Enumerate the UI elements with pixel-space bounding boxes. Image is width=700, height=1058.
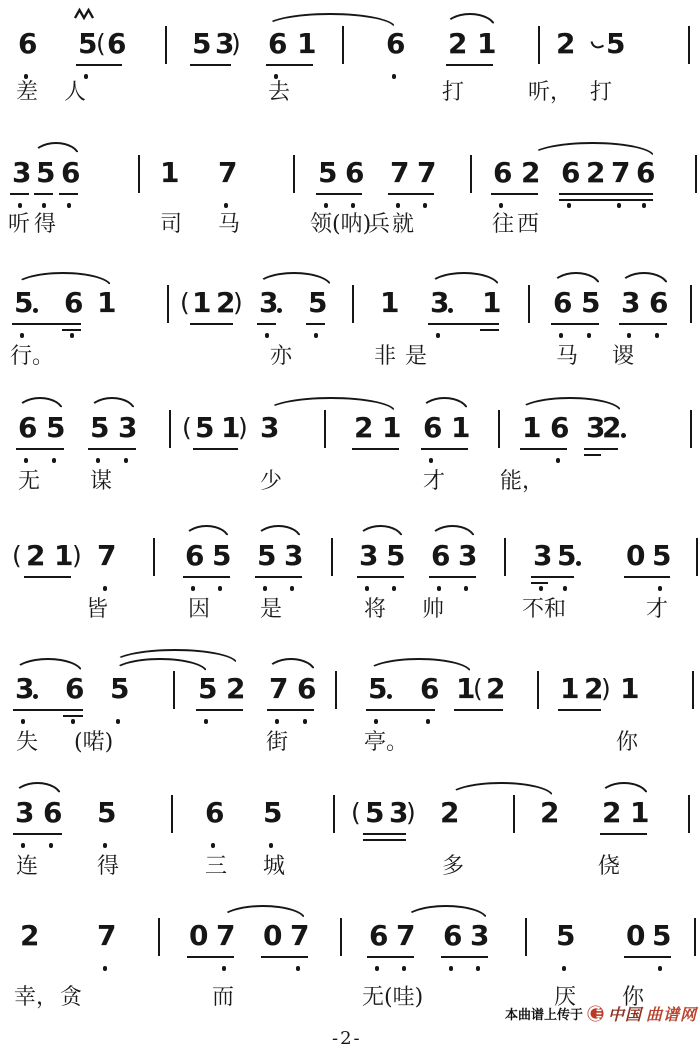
page-number: -2- [332, 1028, 362, 1049]
low-octave-dot [567, 203, 572, 208]
lyric-syllable: 不和 [522, 597, 566, 623]
lyric-syllable: 西 [517, 212, 539, 238]
note-digit: 7 [97, 541, 115, 571]
lyric-syllable: 亭。 [364, 730, 408, 756]
note-digit: 6 [561, 158, 579, 188]
low-octave-dot [116, 719, 121, 724]
note-digit: 3 [15, 798, 33, 828]
barline [153, 538, 155, 576]
lyric-syllable: 才 [423, 469, 445, 495]
lyric-syllable: 因 [188, 597, 210, 623]
beam-underline [24, 576, 71, 578]
note-digit: 6 [649, 288, 667, 318]
note-digit: 3 [259, 288, 277, 318]
note-digit: 5 [110, 674, 128, 704]
note-digit: 6 [431, 541, 449, 571]
barline [692, 671, 694, 709]
barline [513, 795, 515, 833]
low-octave-dot [218, 586, 223, 591]
note-digit: 2 [602, 413, 620, 443]
parenthesis: ) [72, 542, 82, 570]
note-digit: 1 [382, 413, 400, 443]
barline [695, 155, 697, 193]
low-octave-dot [103, 843, 108, 848]
low-octave-dot [103, 966, 108, 971]
low-octave-dot [263, 586, 268, 591]
beam-underline [363, 833, 406, 835]
low-octave-dot [71, 719, 76, 724]
note-digit: 2 [448, 29, 466, 59]
barline [331, 538, 333, 576]
note-digit: 7 [269, 674, 287, 704]
beam-underline [196, 709, 243, 711]
beam-underline [531, 582, 548, 584]
note-digit: 5 [263, 798, 281, 828]
low-octave-dot [476, 966, 481, 971]
note-digit: 7 [611, 158, 629, 188]
note-digit: 6 [345, 158, 363, 188]
note-digit: 5 [365, 798, 383, 828]
low-octave-dot [224, 203, 229, 208]
low-octave-dot [70, 333, 75, 338]
low-octave-dot [49, 843, 54, 848]
barline [537, 671, 539, 709]
note-digit: 2 [586, 158, 604, 188]
note-digit: 1 [560, 674, 578, 704]
slur-arc [357, 525, 404, 540]
low-octave-dot [464, 586, 469, 591]
beam-underline [428, 323, 499, 325]
site-name-part2: 曲谱网 [646, 1002, 697, 1025]
low-octave-dot [402, 966, 407, 971]
note-digit: 5 [14, 288, 32, 318]
note-digit: 2 [556, 29, 574, 59]
barline [688, 795, 690, 833]
augmentation-dot [33, 308, 38, 313]
parenthesis: ( [12, 542, 22, 570]
note-digit: 5 [652, 541, 670, 571]
note-digit: 0 [263, 921, 281, 951]
beam-underline [187, 956, 234, 958]
low-octave-dot [655, 333, 660, 338]
note-digit: 3 [15, 674, 33, 704]
barline [690, 410, 692, 448]
low-octave-dot [222, 966, 227, 971]
beam-underline [600, 833, 647, 835]
beam-underline [454, 709, 503, 711]
barline [167, 285, 169, 323]
note-digit: 1 [477, 29, 495, 59]
beam-underline [624, 956, 671, 958]
low-octave-dot [269, 843, 274, 848]
augmentation-dot [33, 694, 38, 699]
note-digit: 2 [216, 288, 234, 318]
slur-arc [183, 525, 230, 540]
note-digit: 6 [61, 158, 79, 188]
note-digit: 7 [218, 158, 236, 188]
note-digit: 1 [456, 674, 474, 704]
slur-arc [444, 13, 496, 28]
music-system-2: 356175677626276听得司马领(呐)兵就往西 [0, 132, 700, 252]
lyric-syllable: 你 [616, 730, 638, 756]
note-digit: 0 [189, 921, 207, 951]
music-system-7: 36565(53)2221连得三城多侥 [0, 772, 700, 892]
low-octave-dot [396, 203, 401, 208]
lyric-syllable: 打 [442, 80, 464, 106]
beam-underline [62, 329, 81, 331]
slur-arc [32, 142, 80, 157]
lyric-syllable: 三 [205, 854, 227, 880]
low-octave-dot [392, 586, 397, 591]
slur-arc [428, 272, 500, 287]
note-digit: 6 [423, 413, 441, 443]
lyric-syllable: 非 [374, 344, 396, 370]
low-octave-dot [658, 586, 663, 591]
note-digit: 3 [389, 798, 407, 828]
note-digit: 3 [284, 541, 302, 571]
barline [504, 538, 506, 576]
note-digit: 2 [602, 798, 620, 828]
low-octave-dot [375, 966, 380, 971]
note-digit: 1 [221, 413, 239, 443]
beam-underline [12, 323, 81, 325]
low-octave-dot [96, 458, 101, 463]
beam-underline [388, 193, 434, 195]
lyric-syllable: 马 [556, 344, 578, 370]
note-digit: 1 [630, 798, 648, 828]
beam-underline [352, 448, 399, 450]
note-digit: 6 [185, 541, 203, 571]
barline [470, 155, 472, 193]
note-digit: 0 [626, 921, 644, 951]
lyric-syllable: 谡 [612, 344, 634, 370]
lyric-syllable: 多 [442, 854, 464, 880]
slur-arc [551, 272, 601, 287]
note-digit: 6 [43, 798, 61, 828]
low-octave-dot [84, 74, 89, 79]
parenthesis: ( [351, 799, 361, 827]
beam-underline [13, 833, 62, 835]
beam-underline [34, 193, 53, 195]
beam-underline [429, 576, 476, 578]
note-digit: 3 [359, 541, 377, 571]
note-digit: 7 [97, 921, 115, 951]
note-digit: 6 [636, 158, 654, 188]
note-digit: 1 [97, 288, 115, 318]
slur-arc [255, 525, 302, 540]
lyric-syllable: 无 [18, 469, 40, 495]
beam-underline [584, 448, 601, 450]
low-octave-dot [392, 74, 397, 79]
lyric-syllable: (喏) [74, 730, 113, 756]
low-octave-dot [658, 966, 663, 971]
lyric-syllable: 能， [500, 469, 544, 495]
beam-underline [183, 576, 230, 578]
note-digit: 6 [550, 413, 568, 443]
low-octave-dot [449, 966, 454, 971]
low-octave-dot [204, 719, 209, 724]
lyric-syllable: 幸， [14, 985, 58, 1011]
beam-underline [59, 193, 78, 195]
lyric-syllable: 谋 [90, 469, 112, 495]
beam-underline [88, 448, 136, 450]
note-digit: 5 [192, 29, 210, 59]
music-system-4: 6553(51)321611632无谋少才能， [0, 387, 700, 507]
note-digit: 3 [470, 921, 488, 951]
low-octave-dot [274, 74, 279, 79]
note-digit: 0 [626, 541, 644, 571]
slur-arc [404, 905, 488, 920]
lyric-syllable: 马 [218, 212, 240, 238]
music-system-1: 65(653)6162125差人去打听，打 [0, 3, 700, 123]
low-octave-dot [499, 203, 504, 208]
music-system-8: 2707076763505幸，贪而无(哇)厌你 [0, 895, 700, 1015]
low-octave-dot [627, 333, 632, 338]
lyric-syllable: 失 [16, 730, 38, 756]
note-digit: 3 [621, 288, 639, 318]
note-digit: 3 [260, 413, 278, 443]
beam-underline [558, 709, 601, 711]
note-digit: 5 [46, 413, 64, 443]
lyric-syllable: 皆 [86, 597, 108, 623]
slur-arc [266, 658, 316, 673]
beam-underline [193, 448, 238, 450]
barline [538, 26, 540, 64]
slur-arc [448, 782, 554, 797]
note-digit: 2 [20, 921, 38, 951]
low-octave-dot [617, 203, 622, 208]
slur-arc [518, 397, 622, 412]
note-digit: 5 [557, 541, 575, 571]
beam-underline [619, 323, 667, 325]
barline [169, 410, 171, 448]
slur-arc [619, 272, 669, 287]
beam-underline [366, 709, 435, 711]
beam-underline [559, 193, 653, 195]
note-digit: 2 [440, 798, 458, 828]
barline [324, 410, 326, 448]
music-system-3: 561(12)351316536行。亦非是马谡 [0, 262, 700, 382]
lyric-syllable: 是 [405, 344, 427, 370]
note-digit: 6 [443, 921, 461, 951]
low-octave-dot [562, 966, 567, 971]
beam-underline [480, 329, 499, 331]
upload-credit-text: 本曲谱上传于 [505, 1004, 583, 1023]
slur-arc [366, 658, 472, 673]
note-digit: 5 [78, 29, 96, 59]
beam-underline [584, 454, 601, 456]
low-octave-dot [436, 333, 441, 338]
lyric-syllable: 得 [34, 212, 56, 238]
lyric-syllable: 司 [160, 212, 182, 238]
low-octave-dot [211, 843, 216, 848]
note-digit: 5 [36, 158, 54, 188]
parenthesis: ) [238, 414, 248, 442]
barline [335, 671, 337, 709]
beam-underline [520, 448, 567, 450]
low-octave-dot [437, 586, 442, 591]
barline [688, 26, 690, 64]
note-digit: 5 [318, 158, 336, 188]
note-digit: 3 [118, 413, 136, 443]
low-octave-dot [103, 586, 108, 591]
low-octave-dot [52, 458, 57, 463]
note-digit: 7 [396, 921, 414, 951]
low-octave-dot [303, 719, 308, 724]
barline [165, 26, 167, 64]
beam-underline [441, 956, 488, 958]
barline [498, 410, 500, 448]
note-digit: 1 [380, 288, 398, 318]
sheet-music-page: 65(653)6162125差人去打听，打356175677626276听得司马… [0, 0, 700, 1058]
note-digit: 2 [521, 158, 539, 188]
low-octave-dot [324, 203, 329, 208]
low-octave-dot [191, 586, 196, 591]
parenthesis: ) [231, 30, 241, 58]
slur-arc [420, 397, 469, 412]
augmentation-dot [621, 433, 626, 438]
low-octave-dot [426, 719, 431, 724]
note-digit: 6 [369, 921, 387, 951]
note-digit: 2 [486, 674, 504, 704]
low-octave-dot [24, 74, 29, 79]
slur-arc [88, 397, 136, 412]
lyric-syllable: 兵 [368, 212, 390, 238]
slur-arc [599, 782, 649, 797]
slur-arc [256, 272, 332, 287]
note-digit: 6 [297, 674, 315, 704]
beam-underline [76, 64, 122, 66]
lyric-syllable: 人 [64, 80, 86, 106]
barline [525, 918, 527, 956]
lyric-syllable: 少 [260, 469, 282, 495]
music-system-5: (21)7655335633505皆因是将帅不和才 [0, 515, 700, 635]
lyric-syllable: 无(哇) [362, 985, 423, 1011]
beam-underline [357, 576, 404, 578]
note-digit: 6 [493, 158, 511, 188]
slur-arc [530, 142, 655, 157]
low-octave-dot [556, 458, 561, 463]
note-digit: 5 [198, 674, 216, 704]
lyric-syllable: 听 [8, 212, 30, 238]
note-digit: 2 [26, 541, 44, 571]
barline [293, 155, 295, 193]
note-digit: 6 [420, 674, 438, 704]
note-digit: 1 [160, 158, 178, 188]
note-digit: 5 [308, 288, 326, 318]
low-octave-dot [67, 203, 72, 208]
low-octave-dot [20, 333, 25, 338]
lyric-syllable: 往 [492, 212, 514, 238]
lyric-syllable: 而 [212, 985, 234, 1011]
slur-arc [266, 397, 396, 412]
low-octave-dot [24, 458, 29, 463]
site-name-part1: 中国 [608, 1002, 642, 1025]
low-octave-dot [21, 719, 26, 724]
beam-underline [446, 64, 493, 66]
lyric-syllable: 差 [16, 80, 38, 106]
barline [690, 285, 692, 323]
beam-underline [63, 715, 83, 717]
site-logo-icon [587, 1005, 604, 1022]
note-digit: 5 [195, 413, 213, 443]
slide-ornament-icon [590, 36, 605, 55]
note-digit: 5 [257, 541, 275, 571]
low-octave-dot [42, 203, 47, 208]
note-digit: 6 [18, 29, 36, 59]
note-digit: 3 [12, 158, 30, 188]
barline [696, 538, 698, 576]
lyric-syllable: 亦 [270, 344, 292, 370]
lyric-syllable: 就 [392, 212, 414, 238]
beam-underline [306, 323, 325, 325]
note-digit: 1 [522, 413, 540, 443]
lyric-syllable: 城 [263, 854, 285, 880]
music-system-6: 3655276561(212)1失(喏)街亭。你 [0, 648, 700, 768]
note-digit: 6 [268, 29, 286, 59]
low-octave-dot [559, 333, 564, 338]
note-digit: 1 [54, 541, 72, 571]
note-digit: 7 [417, 158, 435, 188]
low-octave-dot [124, 458, 129, 463]
parenthesis: ( [180, 289, 190, 317]
beam-underline [10, 193, 29, 195]
lyric-syllable: 领 [310, 212, 332, 238]
barline [352, 285, 354, 323]
low-octave-dot [296, 966, 301, 971]
low-octave-dot [18, 203, 23, 208]
augmentation-dot [448, 308, 453, 313]
lyric-syllable: (呐) [332, 212, 371, 238]
beam-underline [624, 576, 670, 578]
lyric-syllable: 贪 [60, 985, 82, 1011]
footer: 本曲谱上传于 中国 曲谱网 [505, 1002, 697, 1025]
parenthesis: ( [473, 675, 483, 703]
beam-underline [559, 199, 653, 201]
slur-arc [13, 782, 62, 797]
augmentation-dot [576, 561, 581, 566]
low-octave-dot [642, 203, 647, 208]
note-digit: 5 [97, 798, 115, 828]
beam-underline [16, 448, 64, 450]
lyric-syllable: 侥 [598, 854, 620, 880]
slur-arc [14, 272, 112, 287]
lyric-syllable: 得 [97, 854, 119, 880]
note-digit: 1 [192, 288, 210, 318]
low-octave-dot [587, 333, 592, 338]
note-digit: 5 [212, 541, 230, 571]
note-digit: 2 [354, 413, 372, 443]
parenthesis: ( [96, 30, 106, 58]
barline [171, 795, 173, 833]
note-digit: 7 [390, 158, 408, 188]
beam-underline [266, 64, 313, 66]
slur-arc [429, 525, 476, 540]
barline [694, 918, 696, 956]
note-digit: 5 [606, 29, 624, 59]
barline [340, 918, 342, 956]
low-octave-dot [21, 843, 26, 848]
augmentation-dot [277, 308, 282, 313]
slur-arc [13, 658, 83, 673]
mordent-ornament-icon [74, 5, 94, 24]
lyric-syllable: 将 [364, 597, 386, 623]
low-octave-dot [539, 586, 544, 591]
barline [173, 671, 175, 709]
slur-arc [220, 905, 306, 920]
low-octave-dot [351, 203, 356, 208]
low-octave-dot [563, 586, 568, 591]
